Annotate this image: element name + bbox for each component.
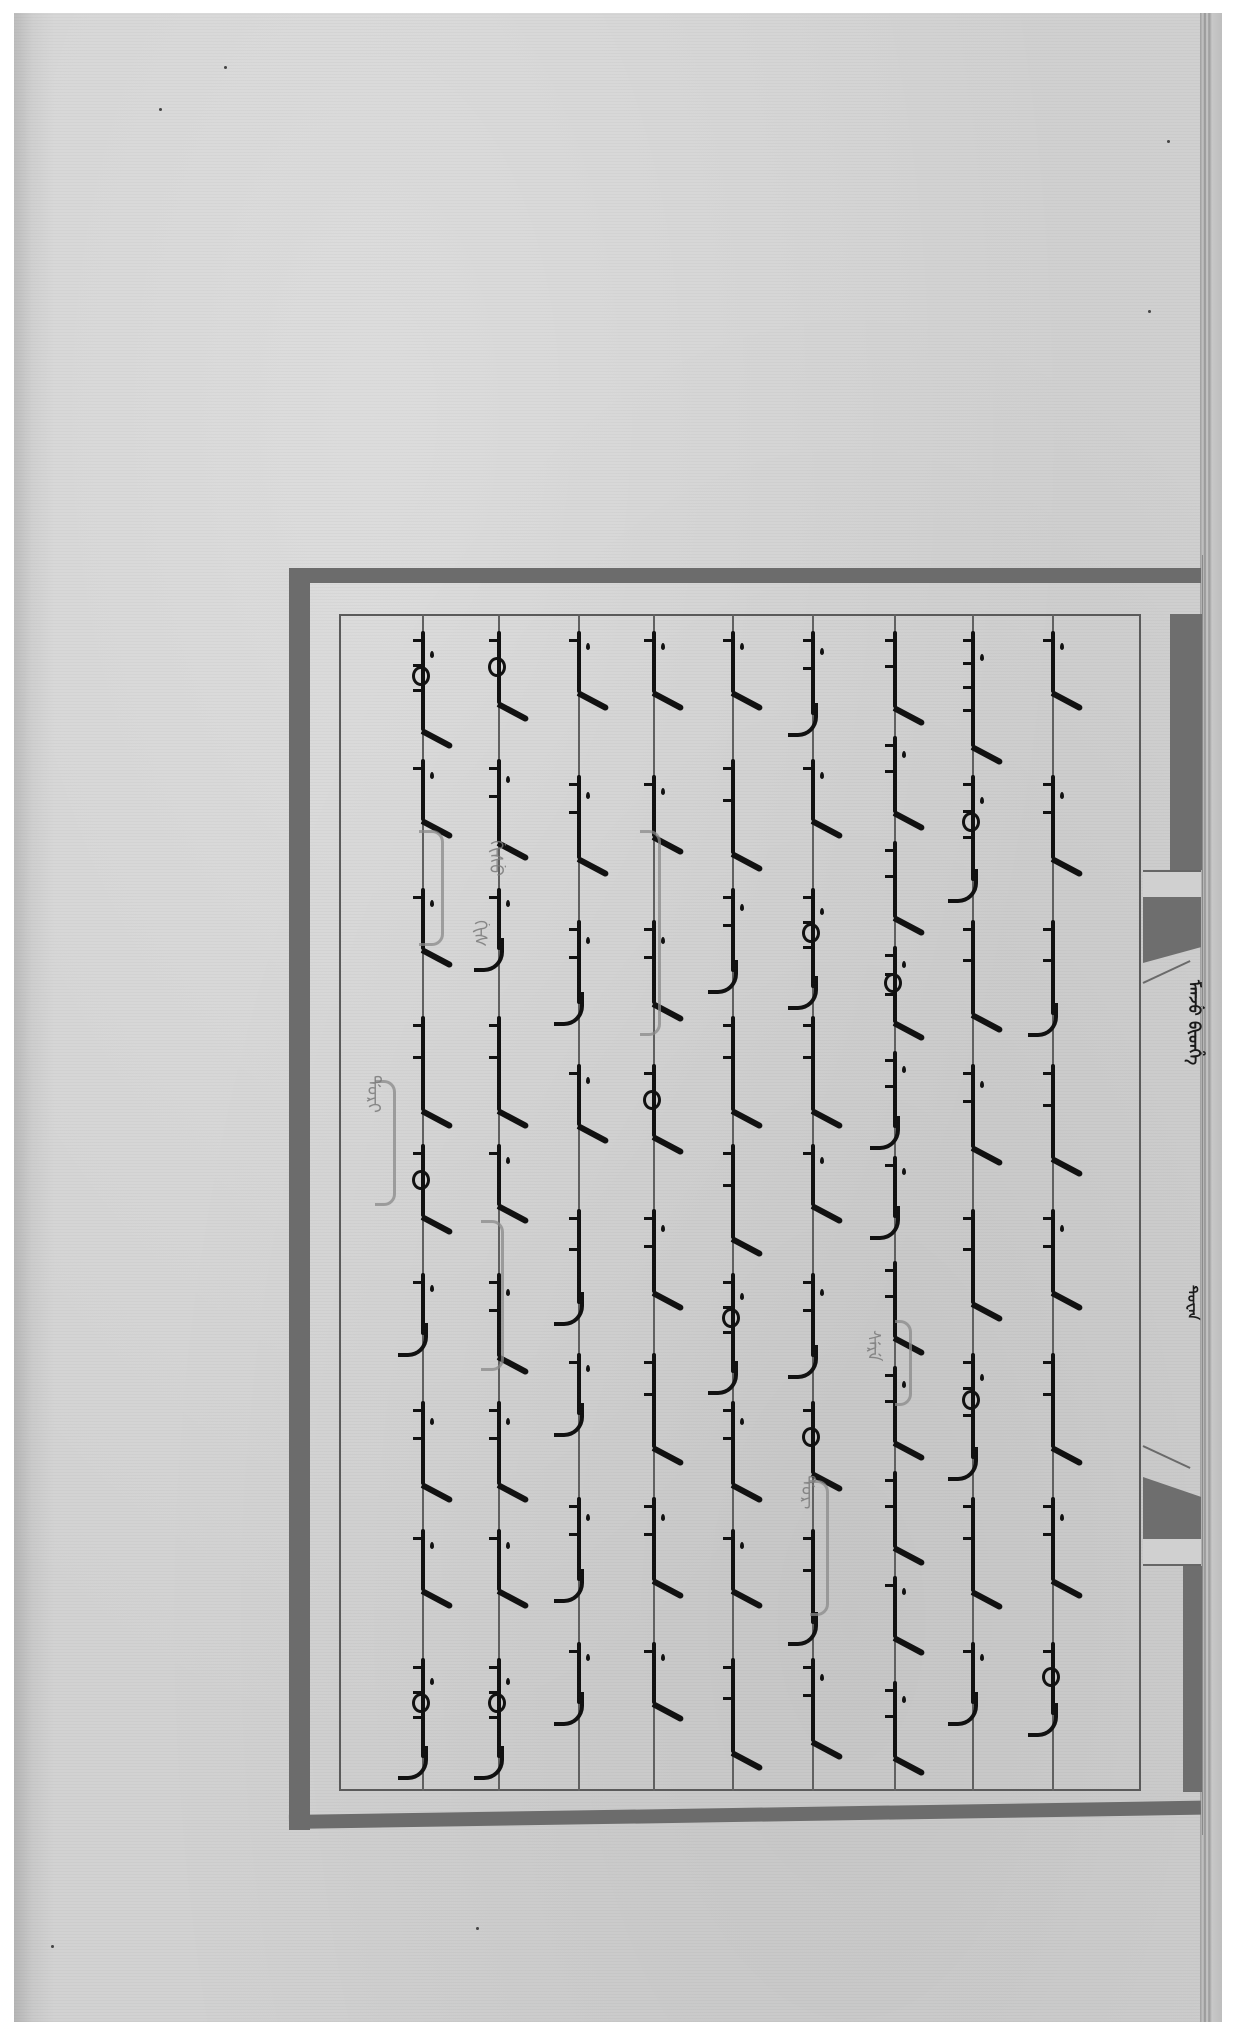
- paper-speck: [51, 1945, 54, 1948]
- annotation-bracket: [419, 830, 444, 946]
- manchu-word: [486, 1529, 512, 1621]
- manchu-word: [720, 1273, 746, 1403]
- banxin-lower-dark-strip: [1183, 1566, 1202, 1792]
- paper-speck: [1148, 310, 1151, 313]
- paper-speck: [1167, 140, 1170, 143]
- manchu-word: [641, 1064, 667, 1167]
- manchu-word: [1040, 1209, 1066, 1323]
- manchu-word: [960, 1209, 986, 1334]
- manchu-word: [960, 631, 986, 777]
- annotation-text: ᡤᡳᠰ: [464, 920, 495, 947]
- manchu-word: [486, 1016, 512, 1141]
- manchu-word: [410, 631, 436, 761]
- manchu-word: [882, 736, 908, 843]
- manchu-word: [882, 1051, 908, 1158]
- paper-speck: [224, 66, 227, 69]
- manchu-word: [800, 888, 826, 1018]
- outer-frame-left: [289, 568, 310, 1830]
- manchu-word: [410, 1401, 436, 1515]
- manchu-word: [800, 759, 826, 851]
- manchu-word: [800, 1658, 826, 1772]
- manchu-word: [641, 1642, 667, 1734]
- manchu-word: [566, 1353, 592, 1445]
- manchu-word: [800, 1144, 826, 1236]
- manchu-word: [720, 888, 746, 1002]
- manchu-word: [720, 1016, 746, 1141]
- annotation-text: ᡩᠣᡵ: [792, 1475, 823, 1509]
- annotation-text: ᡩᠣᡵᡳ: [358, 1075, 389, 1113]
- manchu-word: [960, 1353, 986, 1489]
- manchu-word: [1040, 1064, 1066, 1189]
- manchu-word: [486, 1401, 512, 1515]
- manchu-word: [1040, 775, 1066, 889]
- manchu-word: [1040, 1353, 1066, 1478]
- annotation-bracket: [481, 1220, 504, 1371]
- manchu-word: [720, 759, 746, 884]
- banxin-upper-light-band: [1143, 870, 1201, 899]
- manchu-word: [566, 1642, 592, 1734]
- manchu-word: [410, 1144, 436, 1247]
- manchu-word: [720, 1658, 746, 1783]
- manchu-word: [410, 1658, 436, 1788]
- manchu-word: [800, 631, 826, 745]
- manchu-word: [882, 631, 908, 738]
- banxin-lower-light-band: [1143, 1539, 1201, 1566]
- manchu-word: [641, 631, 667, 723]
- manchu-word: [960, 1642, 986, 1734]
- manchu-word: [566, 1064, 592, 1156]
- manchu-word: [486, 631, 512, 734]
- manchu-word: [566, 1209, 592, 1334]
- annotation-text: ᡤᡳᠰᡠ: [480, 840, 511, 876]
- manchu-word: [1040, 631, 1066, 723]
- manchu-word: [641, 1353, 667, 1478]
- annotation-bracket: [895, 1320, 912, 1406]
- manchu-word: [882, 1156, 908, 1248]
- manchu-word: [486, 1658, 512, 1788]
- paper-speck: [476, 1927, 479, 1930]
- manchu-word: [720, 1401, 746, 1515]
- manchu-word: [960, 920, 986, 1045]
- manchu-word: [1040, 1497, 1066, 1611]
- manchu-word: [566, 631, 592, 723]
- manchu-word: [882, 1681, 908, 1788]
- manchu-word: [1040, 920, 1066, 1045]
- manchu-word: [960, 1497, 986, 1622]
- manchu-word: [800, 1273, 826, 1387]
- banxin-fold-line: [1202, 555, 1203, 1835]
- annotation-text: ᠰᡝᡵᡝ: [858, 1330, 889, 1362]
- manchu-word: [960, 1064, 986, 1178]
- manchu-word: [960, 775, 986, 911]
- manchu-word: [566, 920, 592, 1034]
- manchu-word: [1040, 1642, 1066, 1745]
- paper-speck: [159, 108, 162, 111]
- manchu-word: [410, 1529, 436, 1621]
- manchu-word: [720, 1529, 746, 1621]
- manchu-word: [410, 1273, 436, 1365]
- manchu-word: [882, 1576, 908, 1668]
- manchu-word: [882, 946, 908, 1053]
- outer-frame-top: [289, 568, 1201, 583]
- manchu-word: [566, 1497, 592, 1611]
- banxin-upper-dark-strip: [1170, 614, 1202, 870]
- manchu-word: [641, 1497, 667, 1611]
- annotation-bracket: [640, 830, 661, 1036]
- manchu-word: [800, 1016, 826, 1141]
- manchu-word: [566, 775, 592, 889]
- manchu-word: [882, 1471, 908, 1578]
- manchu-word: [720, 631, 746, 723]
- manchu-word: [410, 1016, 436, 1141]
- manchu-word: [720, 1144, 746, 1269]
- manchu-word: [641, 1209, 667, 1323]
- manchu-word: [882, 841, 908, 948]
